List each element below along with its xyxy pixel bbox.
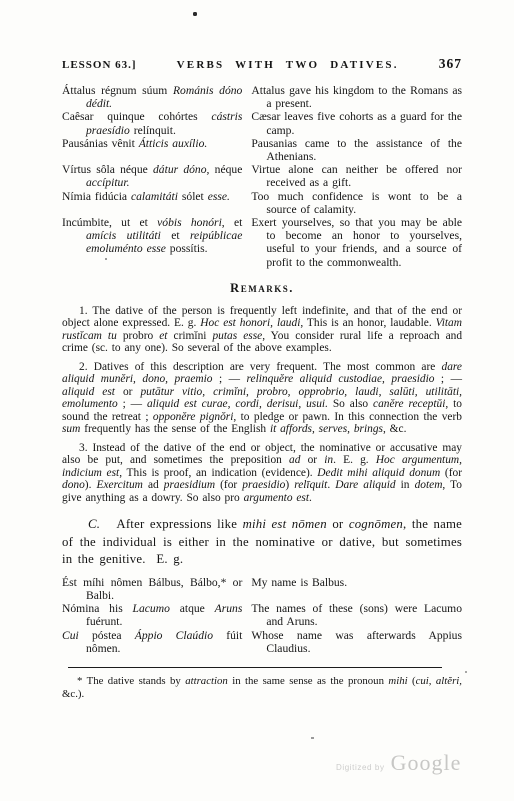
latin-text: Ést míhi nômen Bálbus, Bálbo,* or Balbi. bbox=[62, 576, 251, 602]
remark-paragraph-1: 1. The dative of the person is frequentl… bbox=[62, 305, 462, 355]
english-text: Too much confidence is wont to be a sour… bbox=[251, 190, 462, 216]
example-row: Cui póstea Áppio Claúdio fúit nômen. Who… bbox=[62, 629, 462, 655]
scan-artifact-dot bbox=[311, 737, 314, 739]
scan-artifact-dot bbox=[465, 671, 467, 673]
english-text: Virtue alone can neither be offered nor … bbox=[251, 163, 462, 189]
latin-text: Nímia fidúcia calamitáti sólet esse. bbox=[62, 190, 251, 216]
latin-text: Caêsar quinque cohórtes cástris praesídi… bbox=[62, 110, 251, 136]
footnote: * The dative stands by attraction in the… bbox=[62, 675, 462, 701]
latin-text: Nómina his Lacumo atque Aruns fuérunt. bbox=[62, 602, 251, 628]
page-number: 367 bbox=[439, 56, 462, 72]
example-list: Áttalus régnum súum Románis dóno dédit. … bbox=[62, 84, 462, 269]
example-row: Nímia fidúcia calamitáti sólet esse. Too… bbox=[62, 190, 462, 216]
latin-text: Cui póstea Áppio Claúdio fúit nômen. bbox=[62, 629, 251, 655]
example-row: Áttalus régnum súum Románis dóno dédit. … bbox=[62, 84, 462, 110]
latin-text: Áttalus régnum súum Románis dóno dédit. bbox=[62, 84, 251, 110]
google-watermark: Digitized by Google bbox=[336, 750, 461, 776]
latin-text: Pausánias vênit Átticis auxílio. bbox=[62, 137, 251, 163]
remark-paragraph-2: 2. Datives of this description are very … bbox=[62, 361, 462, 436]
remark-paragraph-3: 3. Instead of the dative of the end or o… bbox=[62, 442, 462, 505]
latin-text: Vírtus sôla néque dátur dóno, néque accí… bbox=[62, 163, 251, 189]
section-c-paragraph: C. After expressions like mihi est nōmen… bbox=[62, 516, 462, 569]
example-row: Incúmbite, ut et vóbis honóri, et amícis… bbox=[62, 216, 462, 269]
example-row: Nómina his Lacumo atque Aruns fuérunt. T… bbox=[62, 602, 462, 628]
english-text: Pausanias came to the assistance of the … bbox=[251, 137, 462, 163]
english-text: Attalus gave his kingdom to the Romans a… bbox=[251, 84, 462, 110]
english-text: Cæsar leaves five cohorts as a guard for… bbox=[251, 110, 462, 136]
english-text: The names of these (sons) were Lacumo an… bbox=[251, 602, 462, 628]
example-row: Caêsar quinque cohórtes cástris praesídi… bbox=[62, 110, 462, 136]
scan-artifact-dot bbox=[193, 12, 197, 16]
english-text: Exert yourselves, so that you may be abl… bbox=[251, 216, 462, 269]
page-header: LESSON 63.] VERBS WITH TWO DATIVES. 367 bbox=[62, 56, 462, 72]
example-row: Vírtus sôla néque dátur dóno, néque accí… bbox=[62, 163, 462, 189]
lesson-label: LESSON 63.] bbox=[62, 59, 137, 71]
example-row: Pausánias vênit Átticis auxílio. Pausani… bbox=[62, 137, 462, 163]
example-row: Ést míhi nômen Bálbus, Bálbo,* or Balbi.… bbox=[62, 576, 462, 602]
running-title: VERBS WITH TWO DATIVES. bbox=[177, 59, 399, 71]
remarks-heading: Remarks. bbox=[62, 281, 462, 296]
digitized-by-label: Digitized by bbox=[336, 763, 385, 772]
google-logo: Google bbox=[391, 750, 462, 776]
c-example-list: Ést míhi nômen Bálbus, Bálbo,* or Balbi.… bbox=[62, 576, 462, 655]
book-page: LESSON 63.] VERBS WITH TWO DATIVES. 367 … bbox=[0, 0, 514, 801]
english-text: My name is Balbus. bbox=[251, 576, 462, 602]
english-text: Whose name was afterwards Appius Claudiu… bbox=[251, 629, 462, 655]
latin-text: Incúmbite, ut et vóbis honóri, et amícis… bbox=[62, 216, 251, 269]
page-content: LESSON 63.] VERBS WITH TWO DATIVES. 367 … bbox=[62, 56, 462, 701]
footnote-rule bbox=[68, 667, 442, 668]
